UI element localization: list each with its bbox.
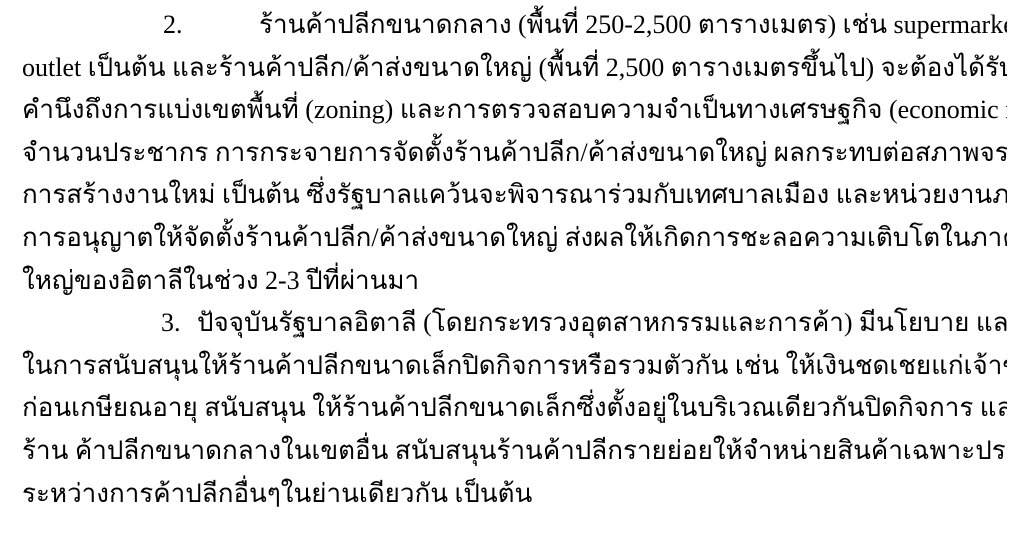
paragraph-2-line-6: การอนุญาตให้จัดตั้งร้านค้าปลีก/ค้าส่งขนา…: [22, 217, 1007, 260]
paragraph-3-text-line-1: ปัจจุบันรัฐบาลอิตาลี (โดยกระทรวงอุตสาหกร…: [197, 308, 1007, 337]
paragraph-3-line-2: ในการสนับสนุนให้ร้านค้าปลีกขนาดเล็กปิดกิ…: [22, 345, 1007, 388]
paragraph-2-number: 2.: [163, 4, 259, 47]
paragraph-2-text-line-5: การสร้างงานใหม่ เป็นต้น ซึ่งรัฐบาลแคว้นจ…: [22, 180, 1007, 209]
paragraph-3-text-line-3: ก่อนเกษียณอายุ สนับสนุน ให้ร้านค้าปลีกขน…: [22, 393, 1007, 422]
paragraph-2-line-4: จำนวนประชากร การกระจายการจัดตั้งร้านค้าป…: [22, 132, 1007, 175]
paragraph-2-text-line-3: คำนึงถึงการแบ่งเขตพื้นที่ (zoning) และกา…: [22, 95, 1007, 124]
document-body: 2.ร้านค้าปลีกขนาดกลาง (พื้นที่ 250-2,500…: [22, 4, 1007, 515]
paragraph-2-line-2: outlet เป็นต้น และร้านค้าปลีก/ค้าส่งขนาด…: [22, 47, 1007, 90]
paragraph-2-line-3: คำนึงถึงการแบ่งเขตพื้นที่ (zoning) และกา…: [22, 89, 1007, 132]
paragraph-3-text-line-2: ในการสนับสนุนให้ร้านค้าปลีกขนาดเล็กปิดกิ…: [22, 351, 1007, 380]
paragraph-2-text-line-7: ใหญ่ของอิตาลีในช่วง 2-3 ปีที่ผ่านมา: [22, 266, 419, 295]
paragraph-3-text-line-5: ระหว่างการค้าปลีกอื่นๆในย่านเดียวกัน เป็…: [22, 479, 532, 508]
paragraph-3-line-5: ระหว่างการค้าปลีกอื่นๆในย่านเดียวกัน เป็…: [22, 473, 1007, 516]
paragraph-2-line-5: การสร้างงานใหม่ เป็นต้น ซึ่งรัฐบาลแคว้นจ…: [22, 174, 1007, 217]
paragraph-2-text-line-1: ร้านค้าปลีกขนาดกลาง (พื้นที่ 250-2,500 ต…: [259, 10, 1007, 39]
paragraph-2-line-1: 2.ร้านค้าปลีกขนาดกลาง (พื้นที่ 250-2,500…: [22, 4, 1007, 47]
paragraph-2-line-7: ใหญ่ของอิตาลีในช่วง 2-3 ปีที่ผ่านมา: [22, 260, 1007, 303]
paragraph-3-number: 3.: [161, 302, 197, 345]
paragraph-3-text-line-4: ร้าน ค้าปลีกขนาดกลางในเขตอื่น สนับสนุนร้…: [22, 436, 1007, 465]
paragraph-3-line-1: 3.ปัจจุบันรัฐบาลอิตาลี (โดยกระทรวงอุตสาห…: [22, 302, 1007, 345]
paragraph-2-text-line-4: จำนวนประชากร การกระจายการจัดตั้งร้านค้าป…: [22, 138, 1007, 167]
paragraph-3-line-4: ร้าน ค้าปลีกขนาดกลางในเขตอื่น สนับสนุนร้…: [22, 430, 1007, 473]
paragraph-3-line-3: ก่อนเกษียณอายุ สนับสนุน ให้ร้านค้าปลีกขน…: [22, 387, 1007, 430]
paragraph-2-text-line-2: outlet เป็นต้น และร้านค้าปลีก/ค้าส่งขนาด…: [22, 53, 1007, 82]
document-page: 2.ร้านค้าปลีกขนาดกลาง (พื้นที่ 250-2,500…: [0, 0, 1013, 539]
paragraph-2-text-line-6: การอนุญาตให้จัดตั้งร้านค้าปลีก/ค้าส่งขนา…: [22, 223, 1007, 252]
